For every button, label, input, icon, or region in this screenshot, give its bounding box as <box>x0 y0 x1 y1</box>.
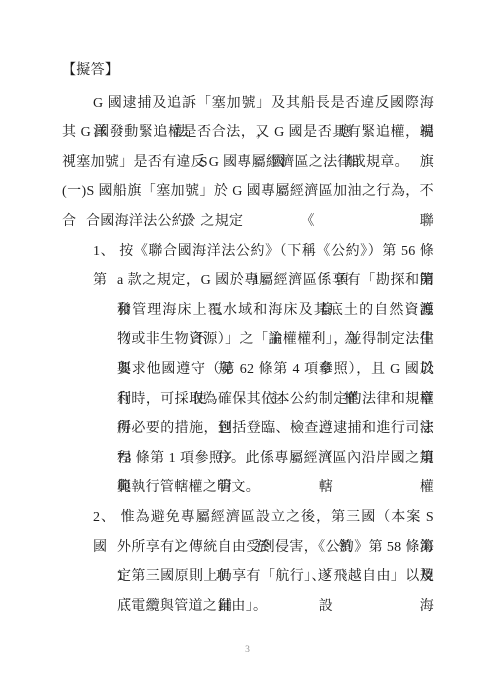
text-line: 其 G 國發動緊追權是否合法，又 G 國是否具有緊追權，端視 S 國船旗 <box>62 118 434 148</box>
text-line: 1、 按《聯合國海洋法公約》（下稱《公約》）第 56 條第 1 項第 <box>93 237 434 267</box>
text-line: 定第三國原則上仍享有「航行」、「飛越自由」以及「鋪設海 <box>117 562 434 592</box>
text-line: 所必要的措施，包括登臨、檢查、逮捕和進行司法程序（第 <box>117 414 434 444</box>
document-content: 【擬答】 G 國逮捕及追訴「塞加號」及其船長是否違反國際海洋法，應視其 G 國發… <box>62 56 434 621</box>
intro-paragraph: G 國逮捕及追訴「塞加號」及其船長是否違反國際海洋法，應視其 G 國發動緊追權是… <box>62 89 434 178</box>
text-line: 要求他國遵守（第 62 條第 4 項參照），且 G 國於行使主權權 <box>117 355 434 385</box>
section-heading-1: (一)S 國船旗「塞加號」於 G 國專屬經濟區加油之行為，不合於《聯合國海洋法公… <box>62 177 434 236</box>
answer-header: 【擬答】 <box>62 56 434 86</box>
page-number: 3 <box>0 643 495 657</box>
text-line: 2、 惟為避免專屬經濟區設立之後，第三國（本案 S 國）於領海 <box>93 503 434 533</box>
text-line: 「塞加號」是否有違反 G 國專屬經濟區之法律或規章。 <box>62 148 434 178</box>
text-line: a 款之規定，G 國於專屬經濟區係享有「勘探和開發、養護 <box>117 266 434 296</box>
text-line: 外所享有之傳統自由受到侵害，《公約》第 58 條第 1 項遂規 <box>117 533 434 563</box>
text-line: 73 條第 1 項參照）。此係專屬經濟區內沿岸國之規範管轄權 <box>117 444 434 474</box>
numbered-item-1: 1、 按《聯合國海洋法公約》（下稱《公約》）第 56 條第 1 項第a 款之規定… <box>62 237 434 503</box>
text-line: 利時，可採取為確保其依本公約制定的法律和規章得到遵守 <box>117 385 434 415</box>
text-line: (一)S 國船旗「塞加號」於 G 國專屬經濟區加油之行為，不合於《聯 <box>62 177 434 207</box>
text-line: 物或非生物資源）」之「主權權利」，並得制定法律與規章以 <box>117 325 434 355</box>
document-blocks: G 國逮捕及追訴「塞加號」及其船長是否違反國際海洋法，應視其 G 國發動緊追權是… <box>62 89 434 622</box>
numbered-item-2: 2、 惟為避免專屬經濟區設立之後，第三國（本案 S 國）於領海外所享有之傳統自由… <box>62 503 434 621</box>
text-line: 和管理海床上覆水域和海床及其底土的自然資源（不論為生 <box>117 296 434 326</box>
document-page: 【擬答】 G 國逮捕及追訴「塞加號」及其船長是否違反國際海洋法，應視其 G 國發… <box>0 0 495 700</box>
text-line: G 國逮捕及追訴「塞加號」及其船長是否違反國際海洋法，應視 <box>93 89 434 119</box>
